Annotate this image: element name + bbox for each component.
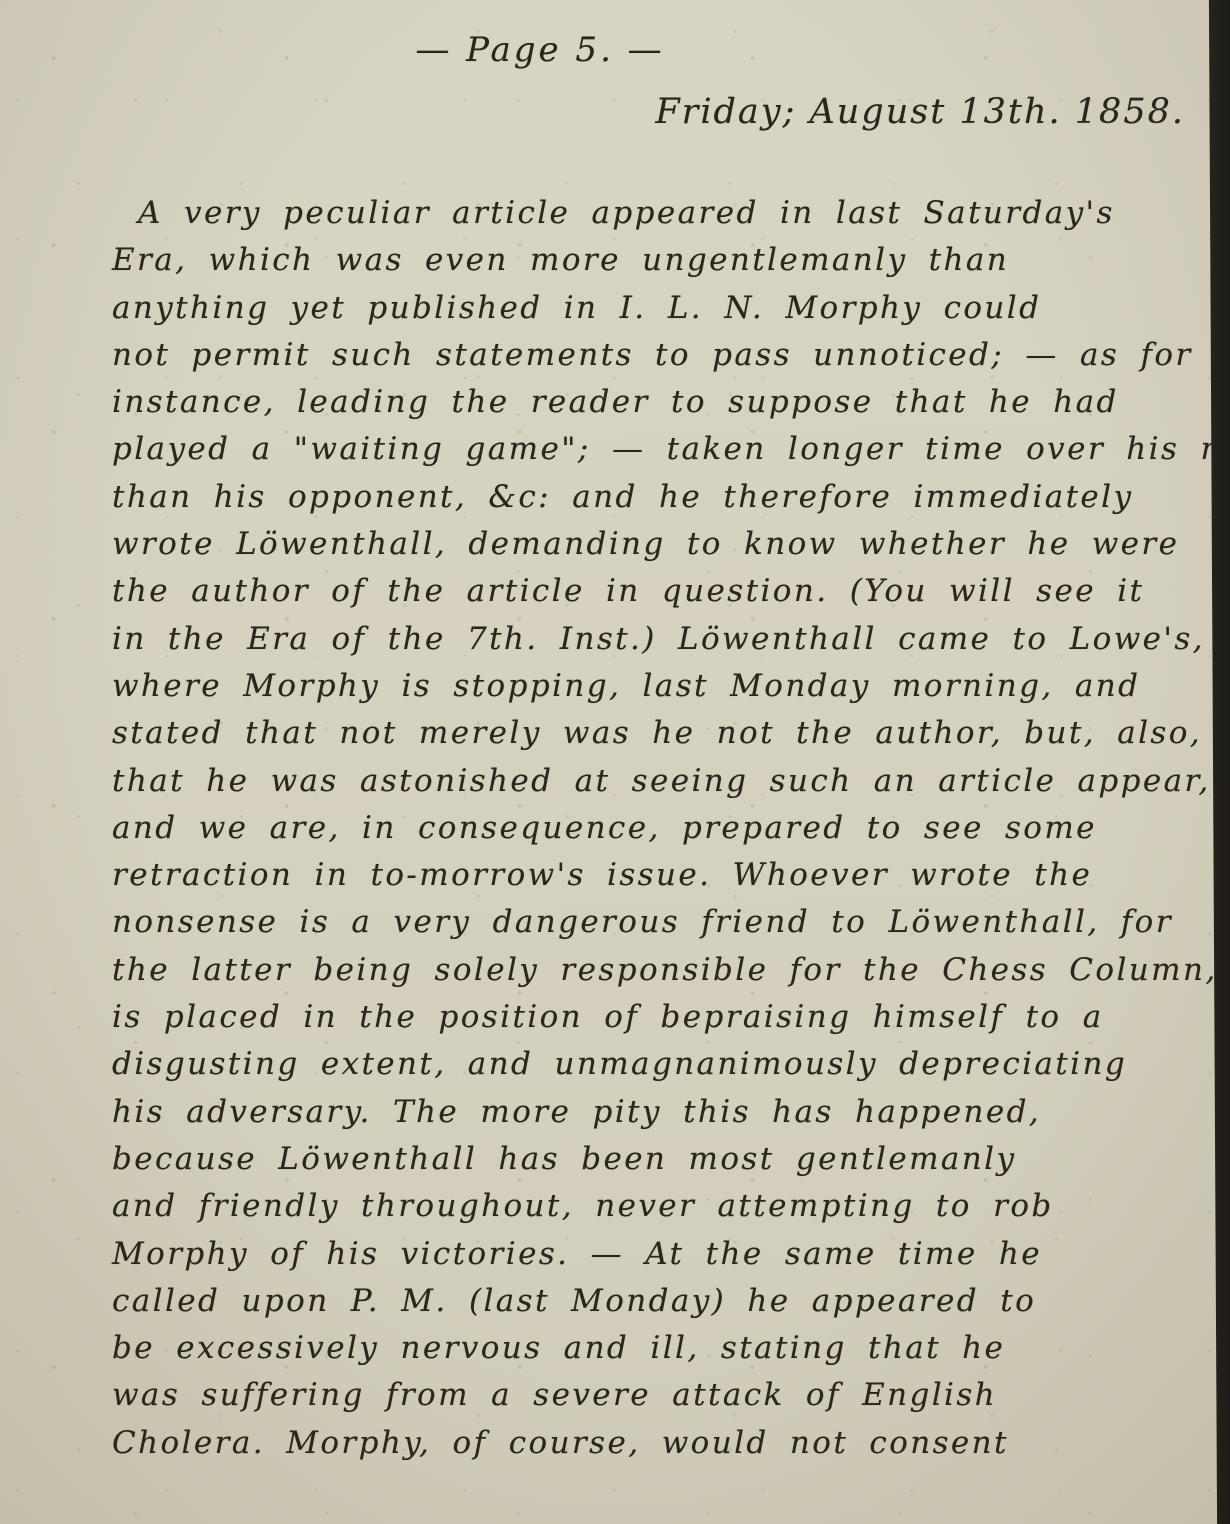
manuscript-line: A very peculiar article appeared in last… [112, 190, 1190, 237]
manuscript-line: because Löwenthall has been most gentlem… [112, 1136, 1190, 1183]
page-edge-shadow [1196, 0, 1230, 1524]
manuscript-line: the author of the article in question. (… [112, 568, 1190, 615]
manuscript-line: instance, leading the reader to suppose … [112, 379, 1190, 426]
manuscript-line: anything yet published in I. L. N. Morph… [112, 285, 1190, 332]
manuscript-line: and friendly throughout, never attemptin… [112, 1183, 1190, 1230]
manuscript-line: his adversary. The more pity this has ha… [112, 1089, 1190, 1136]
manuscript-line: where Morphy is stopping, last Monday mo… [112, 663, 1190, 710]
manuscript-line: Era, which was even more ungentlemanly t… [112, 237, 1190, 284]
manuscript-line: called upon P. M. (last Monday) he appea… [112, 1278, 1190, 1325]
manuscript-line: Morphy of his victories. — At the same t… [112, 1231, 1190, 1278]
manuscript-line: be excessively nervous and ill, stating … [112, 1325, 1190, 1372]
manuscript-line: stated that not merely was he not the au… [112, 710, 1190, 757]
manuscript-line: the latter being solely responsible for … [112, 947, 1190, 994]
manuscript-line: disgusting extent, and unmagnanimously d… [112, 1041, 1190, 1088]
manuscript-line: in the Era of the 7th. Inst.) Löwenthall… [112, 616, 1190, 663]
manuscript-line: Cholera. Morphy, of course, would not co… [112, 1420, 1190, 1467]
manuscript-line: than his opponent, &c: and he therefore … [112, 474, 1190, 521]
manuscript-line: wrote Löwenthall, demanding to know whet… [112, 521, 1190, 568]
manuscript-body: A very peculiar article appeared in last… [112, 190, 1190, 1467]
manuscript-line: was suffering from a severe attack of En… [112, 1372, 1190, 1419]
manuscript-line: nonsense is a very dangerous friend to L… [112, 899, 1190, 946]
manuscript-line: that he was astonished at seeing such an… [112, 758, 1190, 805]
manuscript-page: — Page 5. — Friday; August 13th. 1858. A… [0, 0, 1230, 1524]
manuscript-line: not permit such statements to pass unnot… [112, 332, 1190, 379]
manuscript-line: retraction in to-morrow's issue. Whoever… [112, 852, 1190, 899]
manuscript-line: and we are, in consequence, prepared to … [112, 805, 1190, 852]
date-heading: Friday; August 13th. 1858. [0, 92, 1185, 132]
manuscript-line: is placed in the position of bepraising … [112, 994, 1190, 1041]
page-number-heading: — Page 5. — [0, 30, 1080, 70]
manuscript-line: played a "waiting game"; — taken longer … [112, 426, 1190, 473]
